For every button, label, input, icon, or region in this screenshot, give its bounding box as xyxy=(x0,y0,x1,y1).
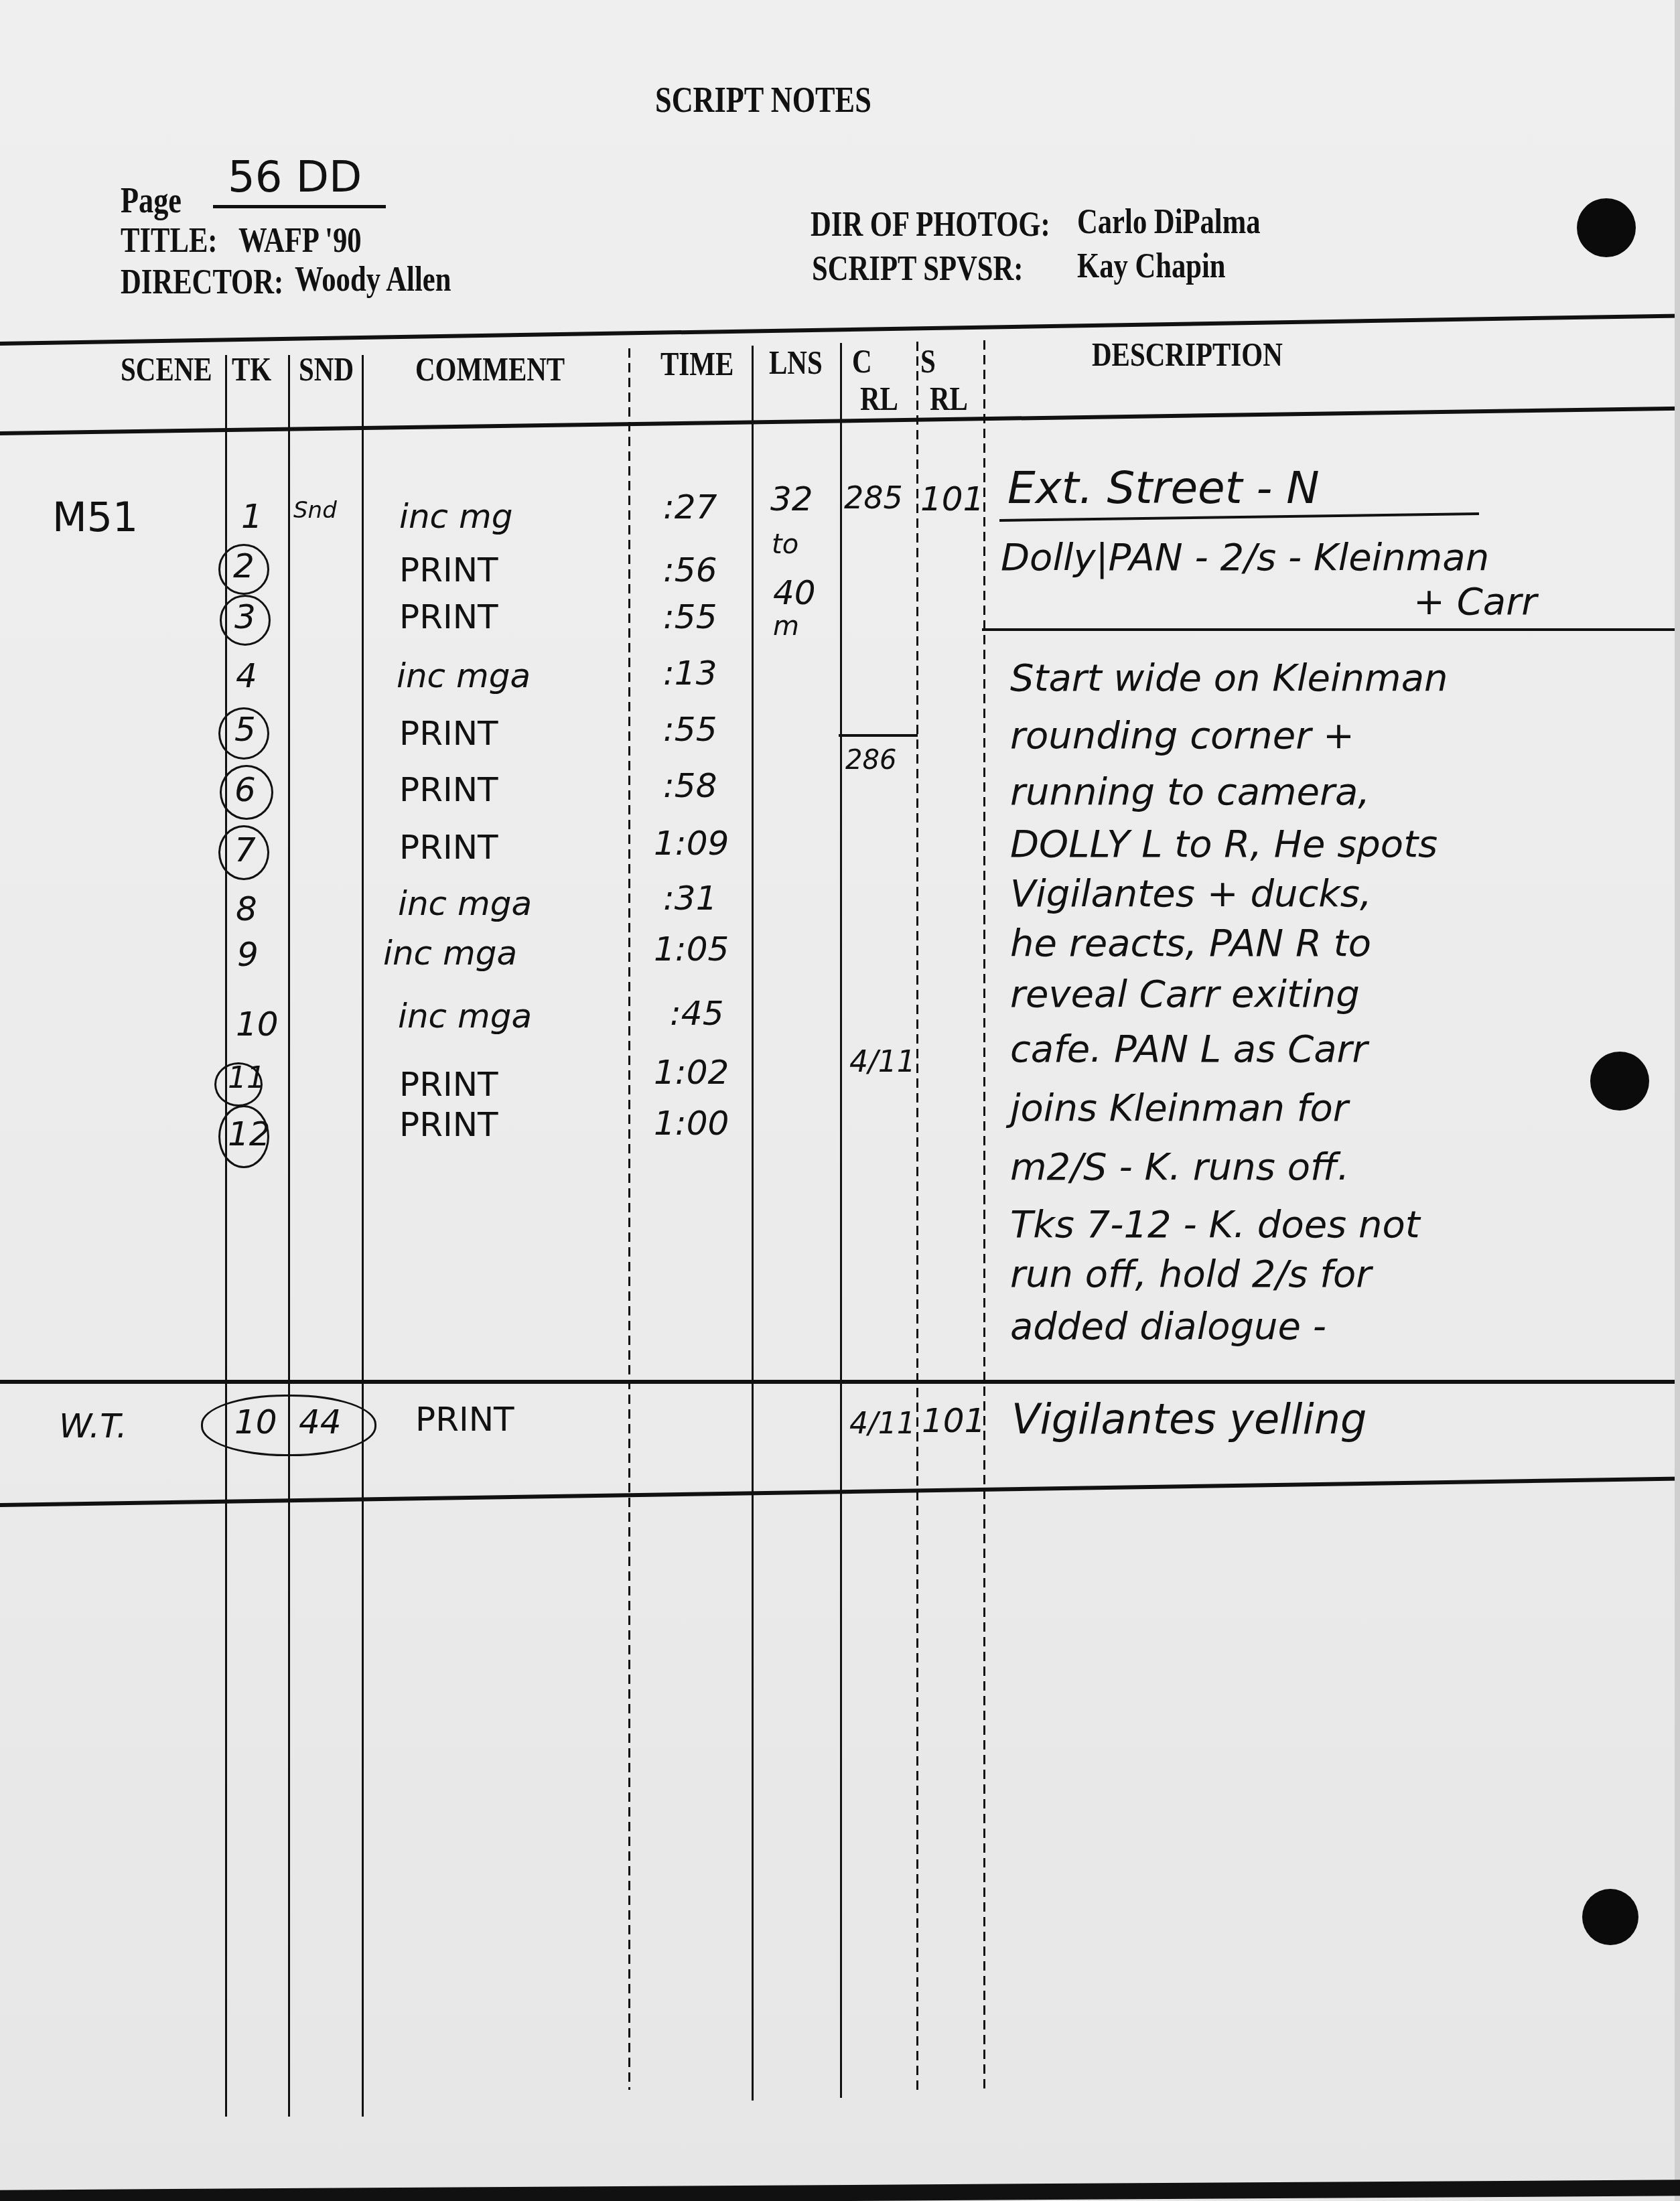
description-line: DOLLY L to R, He spots xyxy=(1010,823,1438,866)
director-value: Woody Allen xyxy=(295,260,451,299)
page-bottom-edge xyxy=(0,2180,1680,2201)
take-number: 6 xyxy=(234,770,256,809)
sound-roll: 101 xyxy=(920,480,984,518)
title-value: WAFP '90 xyxy=(238,221,362,261)
scene-id: M51 xyxy=(52,494,138,541)
take-comment: PRINT xyxy=(399,551,498,589)
take-number: 10 xyxy=(236,1005,279,1044)
description-setup: + Carr xyxy=(1413,580,1537,624)
take-number: 3 xyxy=(234,597,256,636)
wild-track-sound-roll: 101 xyxy=(922,1401,985,1440)
title-label: TITLE: xyxy=(121,221,218,261)
form-title: SCRIPT NOTES xyxy=(655,79,871,121)
description-line: cafe. PAN L as Carr xyxy=(1010,1027,1368,1071)
description-setup: Dolly|PAN - 2/s - Kleinman xyxy=(1001,536,1489,579)
page-label: Page xyxy=(121,180,182,221)
wild-track-description: Vigilantes yelling xyxy=(1011,1395,1367,1443)
column-header-s-rl-bottom: RL xyxy=(930,379,968,418)
column-header-lns: LNS xyxy=(769,343,823,382)
description-line: joins Kleinman for xyxy=(1010,1086,1348,1130)
wild-track-comment: PRINT xyxy=(415,1400,514,1439)
description-heading: Ext. Street - N xyxy=(1007,462,1320,514)
camera-roll: 286 xyxy=(845,745,896,776)
col-rule-lns-crl xyxy=(840,343,842,2098)
take-comment: PRINT xyxy=(399,714,498,753)
description-line: he reacts, PAN R to xyxy=(1010,922,1371,965)
take-time: :55 xyxy=(663,597,717,636)
take-number: 9 xyxy=(237,935,259,974)
col-rule-srl-desc xyxy=(983,340,985,2088)
take-comment: PRINT xyxy=(399,597,498,636)
column-header-scene: SCENE xyxy=(121,350,212,388)
supervisor-value: Kay Chapin xyxy=(1077,246,1226,286)
col-rule-comment-time xyxy=(628,348,630,2090)
lines-to: 40 xyxy=(773,573,816,612)
dop-label: DIR OF PHOTOG: xyxy=(811,205,1050,244)
sound-indicator: Snd xyxy=(293,497,337,524)
take-time: 1:02 xyxy=(654,1053,729,1092)
take-comment: inc mga xyxy=(398,884,532,923)
take-comment: inc mga xyxy=(397,656,531,695)
director-label: DIRECTOR: xyxy=(121,263,283,302)
take-comment: PRINT xyxy=(399,770,498,809)
take-number: 12 xyxy=(228,1115,271,1153)
camera-roll: 285 xyxy=(844,480,903,516)
col-rule-snd-comment xyxy=(362,355,364,2117)
header-top-rule xyxy=(0,313,1680,346)
script-notes-page: SCRIPT NOTES Page 56 DD TITLE: WAFP '90 … xyxy=(0,0,1680,2201)
column-header-c-rl-top: C xyxy=(852,342,872,380)
description-line: m2/S - K. runs off. xyxy=(1010,1145,1349,1189)
take-time: :56 xyxy=(663,551,717,589)
description-line: added dialogue - xyxy=(1010,1305,1326,1348)
column-header-description: DESCRIPTION xyxy=(1092,335,1283,374)
take-time: :58 xyxy=(663,766,717,805)
take-number: 4 xyxy=(236,656,257,695)
column-header-c-rl-bottom: RL xyxy=(860,379,898,418)
col-rule-tk-snd xyxy=(288,355,290,2117)
take-number: 1 xyxy=(241,497,263,536)
description-line: run off, hold 2/s for xyxy=(1010,1253,1371,1296)
column-header-s-rl-top: S xyxy=(920,342,936,380)
description-line: Tks 7-12 - K. does not xyxy=(1010,1203,1420,1247)
take-comment: inc mg xyxy=(399,497,512,536)
column-header-snd: SND xyxy=(299,350,354,388)
column-header-comment: COMMENT xyxy=(415,350,565,388)
column-header-time: TIME xyxy=(660,344,733,383)
take-time: 1:00 xyxy=(654,1104,729,1143)
take-time: :13 xyxy=(663,654,717,693)
binder-hole-top xyxy=(1577,198,1636,257)
take-number: 11 xyxy=(228,1061,265,1095)
dop-value: Carlo DiPalma xyxy=(1077,202,1261,242)
take-comment: PRINT xyxy=(399,1105,498,1144)
description-line: Start wide on Kleinman xyxy=(1010,656,1448,700)
take-comment: inc mga xyxy=(398,997,532,1036)
lines-from: 32 xyxy=(770,480,813,518)
lines-suffix: m xyxy=(773,611,799,642)
column-header-tk: TK xyxy=(232,350,271,388)
lines-to-word: to xyxy=(772,529,798,560)
take-time: :31 xyxy=(663,879,717,918)
page-underline xyxy=(213,205,386,208)
wild-track-sound: 44 xyxy=(299,1403,342,1441)
description-line: Vigilantes + ducks, xyxy=(1010,872,1372,916)
description-setup-divider xyxy=(982,628,1680,631)
take-number: 2 xyxy=(233,547,255,585)
page-right-edge xyxy=(1675,0,1680,2201)
description-line: reveal Carr exiting xyxy=(1010,973,1360,1016)
camera-roll: 4/11 xyxy=(849,1045,916,1079)
take-comment: inc mga xyxy=(383,934,517,973)
take-time: :45 xyxy=(670,994,723,1033)
col-rule-crl-srl xyxy=(916,342,918,2090)
take-number: 7 xyxy=(234,831,256,869)
wild-track-camera-roll: 4/11 xyxy=(849,1407,916,1441)
take-number: 5 xyxy=(234,710,256,749)
description-heading-underline xyxy=(999,512,1479,522)
supervisor-label: SCRIPT SPVSR: xyxy=(812,249,1024,289)
print-circle xyxy=(201,1395,376,1456)
binder-hole-middle xyxy=(1590,1052,1649,1111)
take-time: 1:09 xyxy=(654,824,729,863)
take-comment: PRINT xyxy=(399,828,498,867)
page-number: 56 DD xyxy=(228,153,362,202)
wild-track-take: 10 xyxy=(234,1403,277,1441)
take-time: :27 xyxy=(663,488,717,526)
description-line: running to camera, xyxy=(1010,770,1370,814)
wild-track-scene: W.T. xyxy=(59,1407,127,1445)
take-time: 1:05 xyxy=(654,930,729,969)
take-comment: PRINT xyxy=(399,1065,498,1104)
description-line: rounding corner + xyxy=(1010,714,1354,758)
take-number: 8 xyxy=(236,890,257,928)
camera-roll-change-mark xyxy=(839,734,918,737)
col-rule-time-lns xyxy=(752,346,754,2101)
binder-hole-bottom xyxy=(1582,1889,1638,1945)
take-time: :55 xyxy=(663,710,717,749)
